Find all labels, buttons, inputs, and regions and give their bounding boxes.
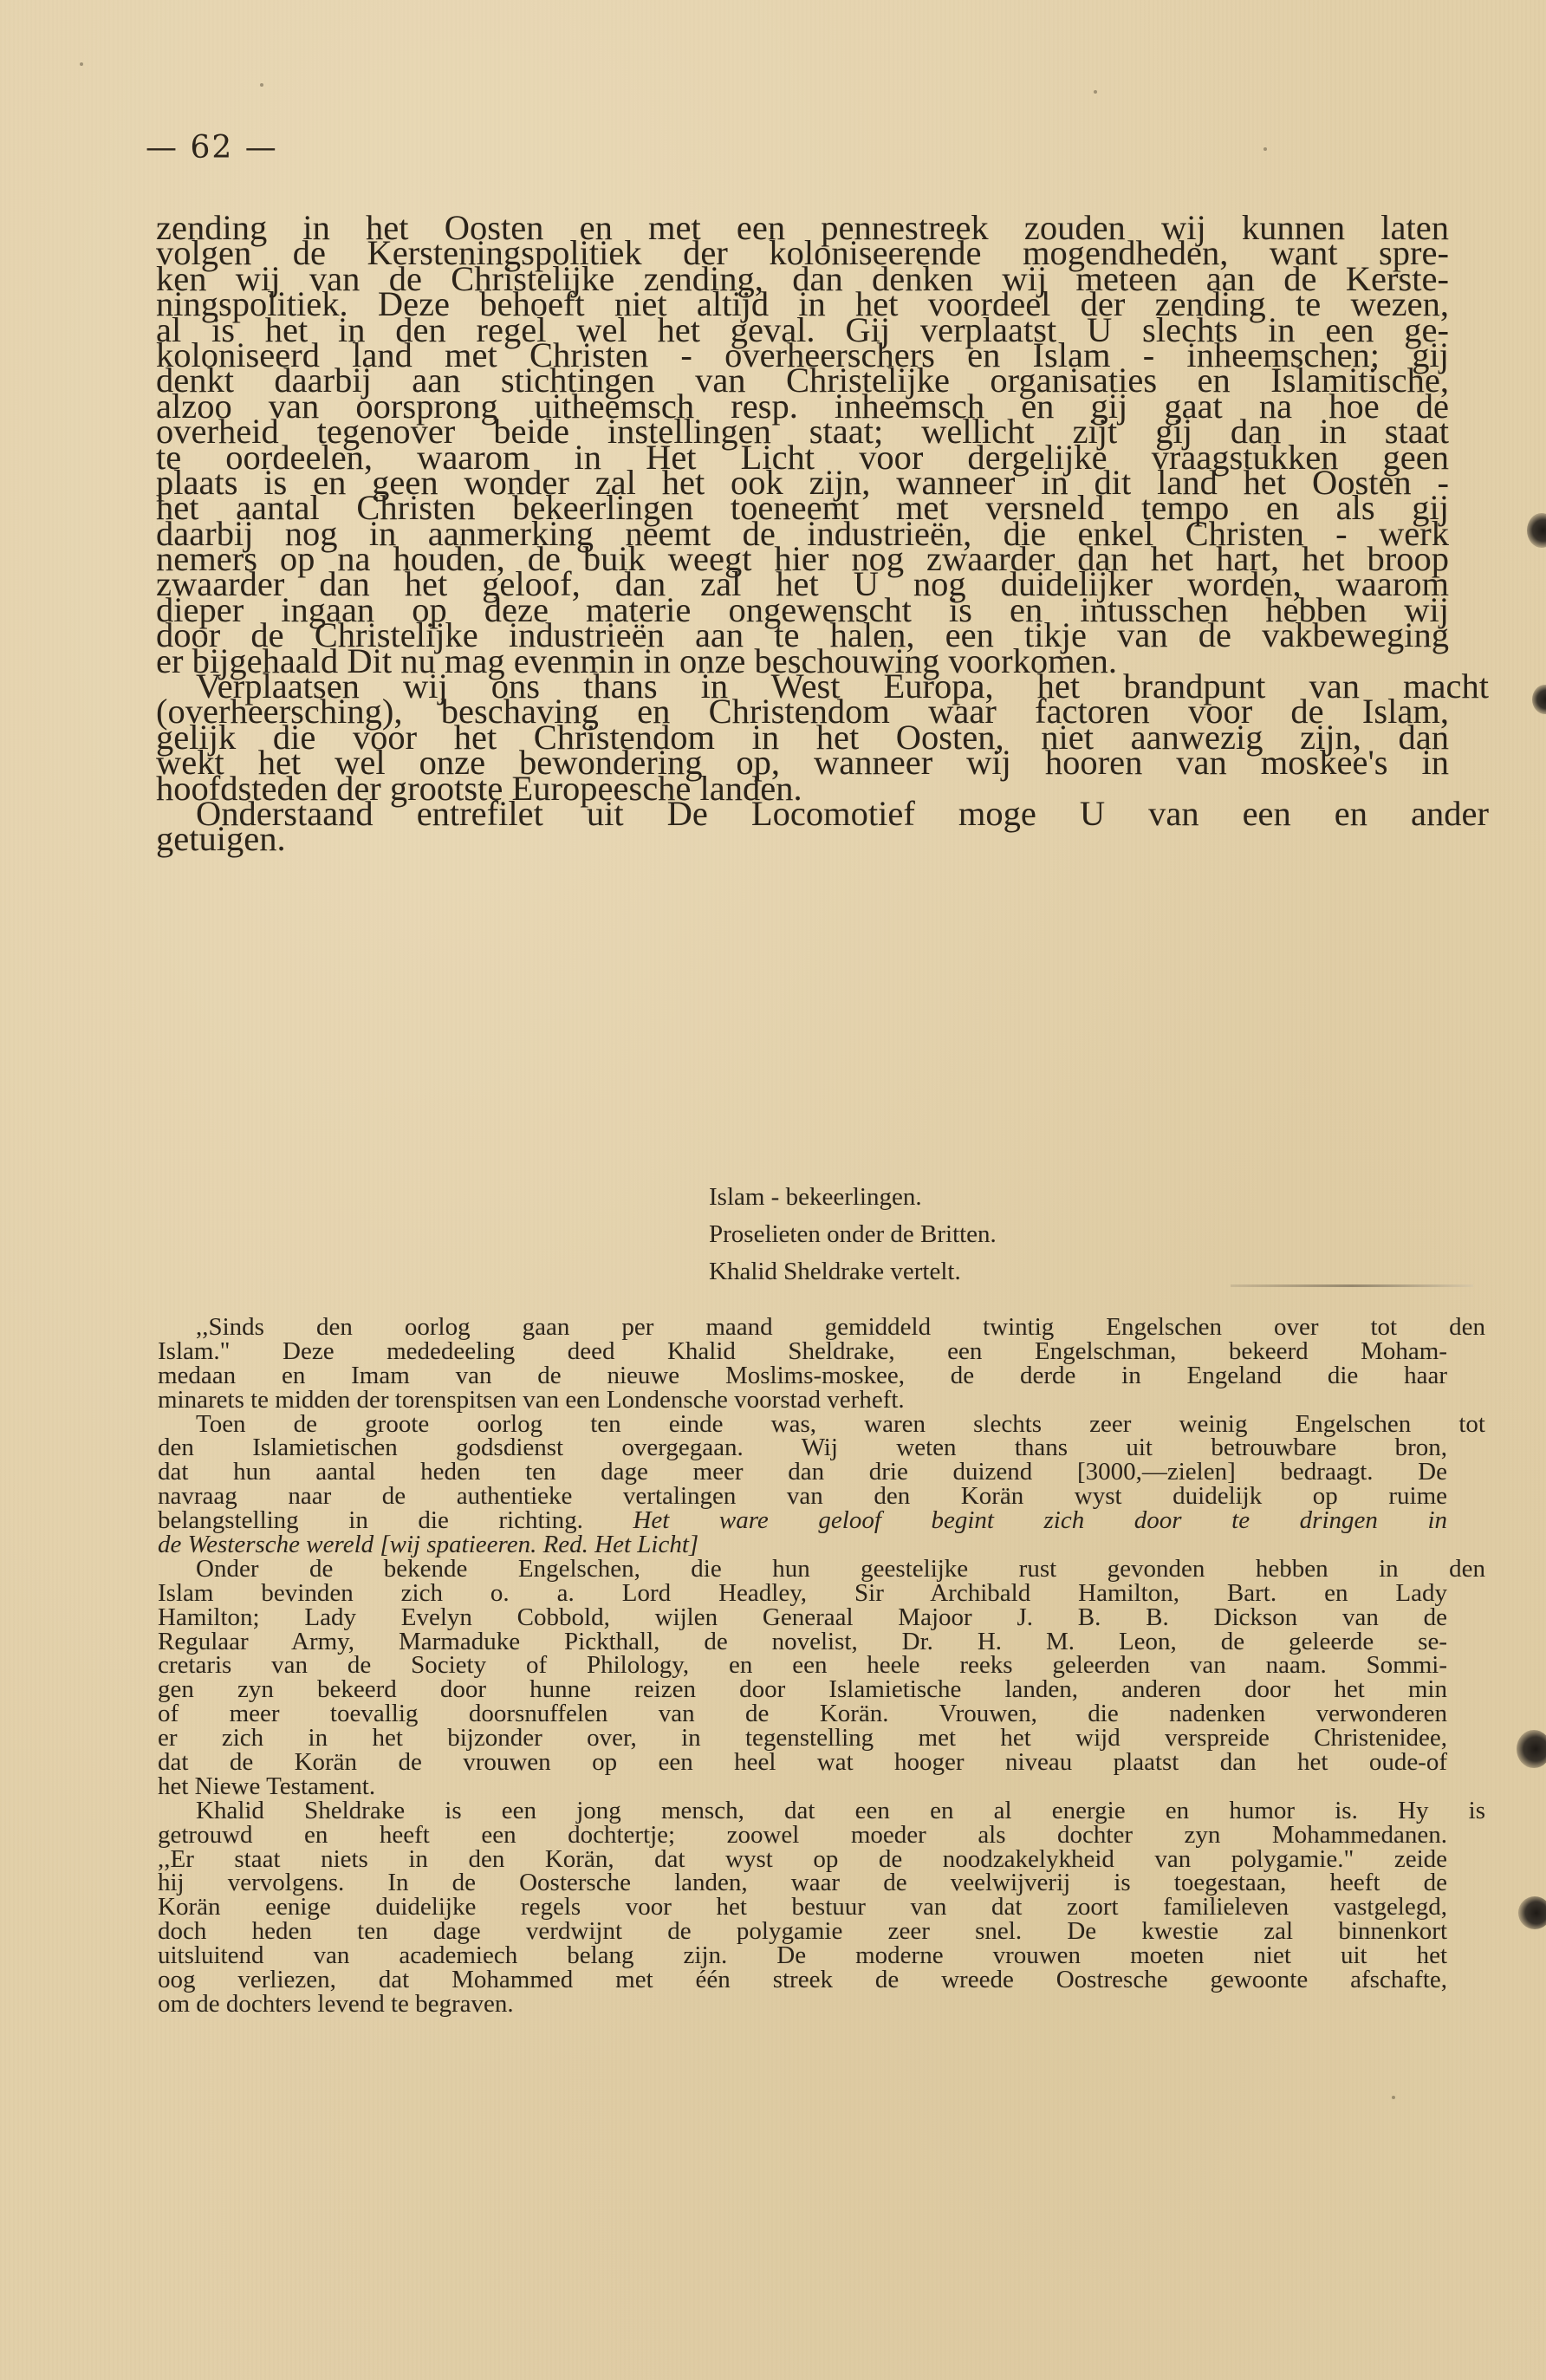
article-headings: Islam - bekeerlingen. Proselieten onder … (709, 1179, 997, 1291)
article-line: gen zyn bekeerd door hunne reizen door I… (158, 1678, 1447, 1702)
article-line: cretaris van de Society of Philology, en… (158, 1654, 1447, 1678)
article-line: ,,Sinds den oorlog gaan per maand gemidd… (158, 1316, 1485, 1340)
paper-speck (1263, 147, 1267, 151)
article-line: of meer toevallig doorsnuffelen van de K… (158, 1702, 1447, 1726)
article-line: navraag naar de authentieke vertalingen … (158, 1485, 1447, 1509)
article-line: Regulaar Army, Marmaduke Pickthall, de n… (158, 1630, 1447, 1655)
article-line: medaan en Imam van de nieuwe Moslims-mos… (158, 1364, 1447, 1388)
article-line: om de dochters levend te begraven. (158, 1993, 1447, 2017)
article-line: Khalid Sheldrake is een jong mensch, dat… (158, 1799, 1485, 1824)
article-line: oog verliezen, dat Mohammed met één stre… (158, 1968, 1447, 1993)
article-line: Toen de groote oorlog ten einde was, war… (158, 1413, 1485, 1437)
article-line: Hamilton; Lady Evelyn Cobbold, wijlen Ge… (158, 1606, 1447, 1630)
article-line: hij vervolgens. In de Oostersche landen,… (158, 1871, 1447, 1896)
binder-hole-icon (1532, 685, 1546, 714)
page-number: — 62 — (146, 130, 278, 166)
article-heading: Islam - bekeerlingen. (709, 1179, 997, 1216)
article-line: er zich in het bijzonder over, in tegens… (158, 1726, 1447, 1751)
article-line: minarets te midden der torenspitsen van … (158, 1388, 1447, 1413)
article-line: Onder de bekende Engelschen, die hun gee… (158, 1557, 1485, 1582)
italic-emphasis: Het ware geloof begint zich door te drin… (633, 1506, 1447, 1534)
article-line: dat de Korän de vrouwen op een heel wat … (158, 1751, 1447, 1775)
article-line: Korän eenige duidelijke regels voor het … (158, 1896, 1447, 1920)
article-line-italic: de Westersche wereld [wij spatieeren. Re… (158, 1533, 1447, 1557)
paper-speck (1094, 90, 1097, 94)
paper-speck (80, 62, 83, 66)
paper-speck (1392, 2096, 1395, 2099)
body-line: Onderstaand entrefilet uit De Locomotief… (156, 801, 1489, 826)
article-line-mixed: belangstelling in die richting. Het ware… (158, 1509, 1447, 1533)
scanned-document-page: — 62 — zending in het Oosten en met een … (0, 0, 1546, 2380)
article-subheading: Proselieten onder de Britten. (709, 1216, 997, 1253)
main-body-text: zending in het Oosten en met een pennest… (156, 215, 1449, 852)
article-line: getrouwd en heeft een dochtertje; zoowel… (158, 1824, 1447, 1848)
binder-hole-icon (1527, 513, 1546, 548)
decorative-rule (1231, 1284, 1473, 1287)
article-line: doch heden ten dage verdwijnt de polygam… (158, 1920, 1447, 1944)
article-line: Islam bevinden zich o. a. Lord Headley, … (158, 1582, 1447, 1606)
paper-speck (260, 83, 263, 87)
article-body-text: ,,Sinds den oorlog gaan per maand gemidd… (158, 1316, 1447, 2017)
article-line: ,,Er staat niets in den Korän, dat wyst … (158, 1848, 1447, 1872)
article-line: dat hun aantal heden ten dage meer dan d… (158, 1460, 1447, 1485)
article-line: uitsluitend van academiech belang zijn. … (158, 1944, 1447, 1968)
binder-hole-icon (1518, 1896, 1546, 1929)
binder-hole-icon (1517, 1730, 1546, 1768)
article-line: den Islamietischen godsdienst overgegaan… (158, 1436, 1447, 1460)
article-line: het Niewe Testament. (158, 1775, 1447, 1799)
article-byline: Khalid Sheldrake vertelt. (709, 1253, 997, 1291)
article-line: Islam." Deze mededeeling deed Khalid She… (158, 1340, 1447, 1364)
